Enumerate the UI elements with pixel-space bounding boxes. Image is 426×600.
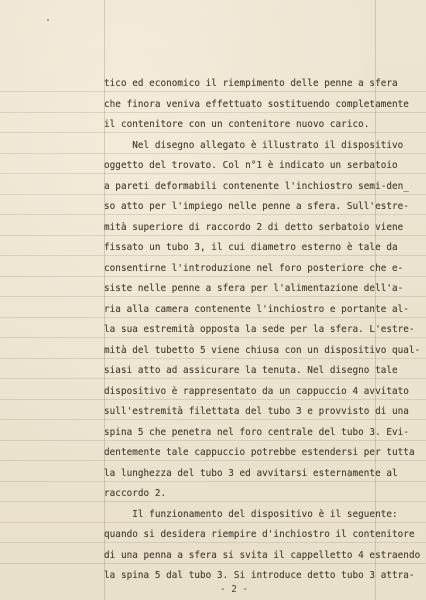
text-line: mità del tubetto 5 viene chiusa con un d… — [104, 341, 404, 362]
text-line: Il funzionamento del dispositivo è il se… — [104, 505, 404, 526]
text-line: Nel disegno allegato è illustrato il dis… — [104, 136, 404, 157]
text-line: dentemente tale cappuccio potrebbe esten… — [104, 443, 404, 464]
text-line: spina 5 che penetra nel foro centrale de… — [104, 423, 404, 444]
text-line: la lunghezza del tubo 3 ed avvitarsi est… — [104, 464, 404, 485]
text-line: so atto per l'impiego nelle penne a sfer… — [104, 197, 404, 218]
text-line: il contenitore con un contenitore nuovo … — [104, 115, 404, 136]
text-line: consentirne l'introduzione nel foro post… — [104, 259, 404, 280]
text-line: di una penna a sfera si svita il cappell… — [104, 546, 404, 567]
text-line: siasi atto ad assicurare la tenuta. Nel … — [104, 361, 404, 382]
paper-speck — [47, 19, 49, 21]
page-number: - 2 - — [220, 584, 248, 595]
text-line: tico ed economico il riempimento delle p… — [104, 74, 404, 95]
text-line: raccordo 2. — [104, 484, 404, 505]
text-line: a pareti deformabili contenente l'inchio… — [104, 177, 404, 198]
text-line: la spina 5 dal tubo 3. Si introduce dett… — [104, 566, 404, 587]
typewritten-text: tico ed economico il riempimento delle p… — [104, 74, 404, 587]
text-line: quando si desidera riempire d'inchiostro… — [104, 525, 404, 546]
text-line: la sua estremità opposta la sede per la … — [104, 320, 404, 341]
text-line: sull'estremità filettata del tubo 3 e pr… — [104, 402, 404, 423]
text-line: mità superiore di raccordo 2 di detto se… — [104, 218, 404, 239]
text-line: ria alla camera contenente l'inchiostro … — [104, 300, 404, 321]
text-line: dispositivo è rappresentato da un cappuc… — [104, 382, 404, 403]
text-line: siste nelle penne a sfera per l'alimenta… — [104, 279, 404, 300]
text-line: fissato un tubo 3, il cui diametro ester… — [104, 238, 404, 259]
document-page: tico ed economico il riempimento delle p… — [0, 0, 426, 600]
text-line: oggetto del trovato. Col n°1 è indicato … — [104, 156, 404, 177]
text-line: che finora veniva effettuato sostituendo… — [104, 95, 404, 116]
